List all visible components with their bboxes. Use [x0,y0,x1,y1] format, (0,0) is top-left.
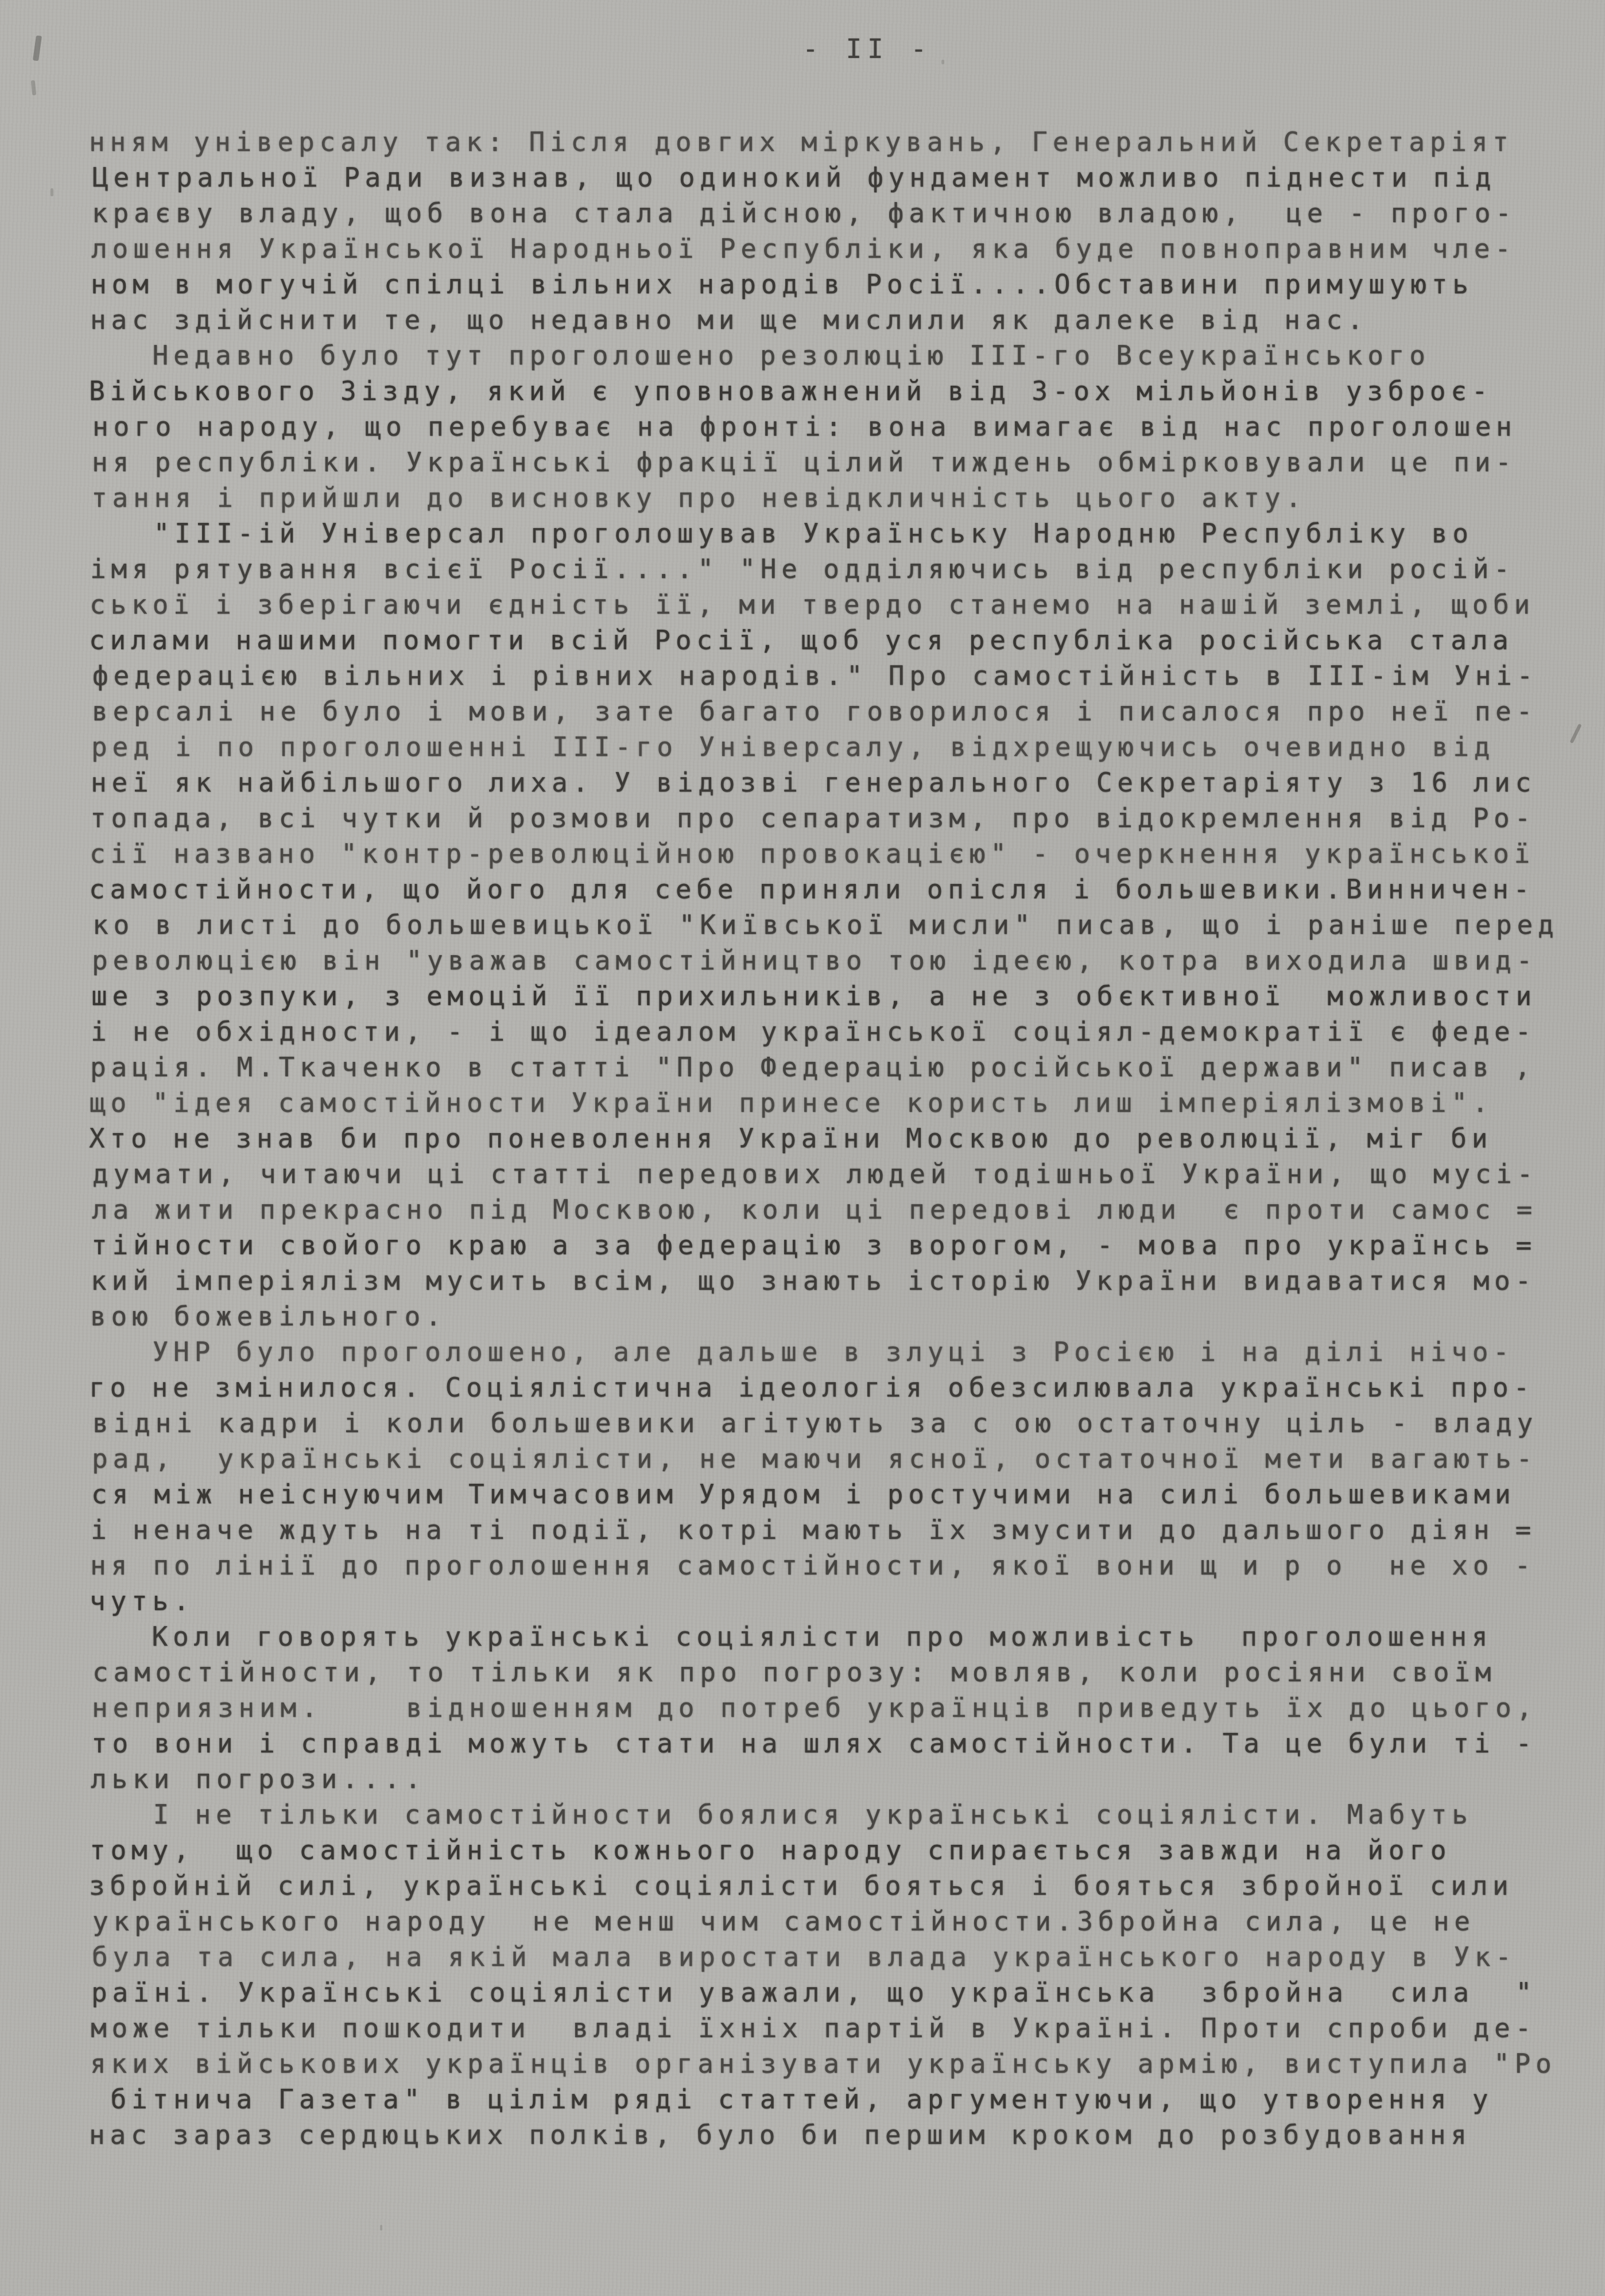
text-line: ла жити прекрасно під Москвою, коли ці п… [92,1192,1559,1227]
text-line: українського народу не менш чим самостій… [92,1903,1559,1939]
text-line: відні кадри і коли большевики агітують з… [92,1405,1559,1441]
text-line: і неначе ждуть на ті події, котрі мають … [91,1512,1557,1548]
text-line: може тільки пошкодити владі їхніх партій… [91,2010,1557,2046]
text-line: ся між неіснуючим Тимчасовим Урядом і ро… [91,1476,1558,1512]
paper-speck [1569,724,1581,744]
body-text: нням універсалу так: Після довгих міркув… [91,124,1557,2152]
text-line: думати, читаючи ці статті передових люде… [92,1156,1559,1192]
text-line: раїні. Українські соціялісти уважали, що… [91,1975,1558,2010]
text-line: Недавно було тут проголошено резолюцію I… [90,338,1556,373]
text-line: тання і прийшли до висновку про невідкли… [91,480,1558,515]
text-line: тому, що самостійність кожнього народу с… [90,1832,1556,1868]
text-line: ської і зберігаючи єдність її, ми твердо… [90,587,1556,622]
text-line: вою божевільного. [90,1298,1557,1334]
text-line: УНР було проголошено, але дальше в злуці… [90,1334,1556,1370]
text-line: революцією він "уважав самостійництво то… [92,943,1559,978]
text-line: ня по лінії до проголошення самостійност… [90,1548,1557,1583]
paper-speck [33,36,42,61]
text-line: ного народу, що перебуває на фронті: вон… [92,409,1559,444]
text-line: яких військових українців організувати у… [90,2046,1557,2081]
text-line: топада, всі чутки й розмови про сепарати… [90,800,1557,836]
document-page: - II - нням універсалу так: Після довгих… [0,0,1605,2296]
text-line: була та сила, на якій мала виростати вла… [92,1939,1559,1975]
text-line: і не обхідности, - і що ідеалом українсь… [91,1014,1557,1049]
text-line: Центральної Ради визнав, що одинокий фун… [92,160,1559,195]
text-line: Коли говорять українські соціялісти про … [89,1619,1556,1654]
text-line: ше з розпуки, з емоцій її прихильників, … [91,978,1558,1014]
text-line: го не змінилося. Соціялістична ідеологія… [89,1370,1556,1405]
text-line: неприязним. відношенням до потреб україн… [92,1690,1559,1725]
text-line: то вони і справді можуть стати на шлях с… [91,1725,1558,1761]
text-line: нням універсалу так: Після довгих міркув… [89,124,1556,160]
text-line: чуть. [90,1583,1556,1619]
text-line: версалі не було і мови, зате багато гово… [92,693,1559,729]
text-line: федерацією вільних і рівних народів." Пр… [92,658,1559,693]
text-line: ном в могучій спілці вільних народів Рос… [91,266,1557,302]
text-line: самостійности, то тільки як про погрозу:… [92,1654,1559,1690]
text-line: самостійности, що його для себе приняли … [89,871,1556,907]
text-line: "III-ій Універсал проголошував Українськ… [91,515,1557,551]
text-line: рад, українські соціялісти, не маючи ясн… [92,1441,1559,1476]
text-line: бітнича Газета" в цілім ряді статтей, ар… [90,2081,1556,2117]
text-line: льки погрози.... [91,1761,1557,1797]
text-line: рація. М.Ткаченко в статті "Про Федераці… [90,1049,1557,1085]
text-line: ко в листі до большевицької "Київської м… [92,907,1559,943]
text-line: нас зараз сердюцьких полків, було би пер… [89,2117,1556,2152]
paper-speck [941,60,944,64]
text-line: кий імперіялізм мусить всім, що знають і… [91,1263,1557,1298]
text-line: ня республіки. Українські фракції цілий … [92,444,1559,480]
paper-speck [380,2225,382,2231]
text-line: імя рятування всієї Росії...." "Не одділ… [90,551,1557,587]
text-line: краєву владу, щоб вона стала дійсною, фа… [92,195,1559,231]
text-line: ред і по проголошенні III-го Універсалу,… [91,729,1558,765]
text-line: Військового Зізду, який є уповноважнений… [89,373,1556,409]
text-line: лошення Української Народньої Республіки… [91,231,1558,266]
text-line: сії названо "контр-революційною провокац… [90,836,1556,871]
text-line: нас здійснити те, що недавно ми ще мисли… [90,302,1557,338]
page-number: - II - [802,33,932,64]
text-line: тійности свойого краю а за федерацію з в… [91,1227,1558,1263]
text-line: І не тільки самостійности боялися україн… [90,1797,1557,1832]
text-line: Хто не знав би про поневолення України М… [89,1120,1556,1156]
text-line: збройній силі, українські соціялісти боя… [89,1868,1556,1903]
text-line: силами нашими помогти всій Росії, щоб ус… [89,622,1556,658]
paper-speck [31,80,37,96]
text-line: неї як найбільшого лиха. У відозві генер… [91,765,1557,800]
text-line: що "ідея самостійности України принесе к… [90,1085,1556,1120]
paper-speck [51,188,53,196]
